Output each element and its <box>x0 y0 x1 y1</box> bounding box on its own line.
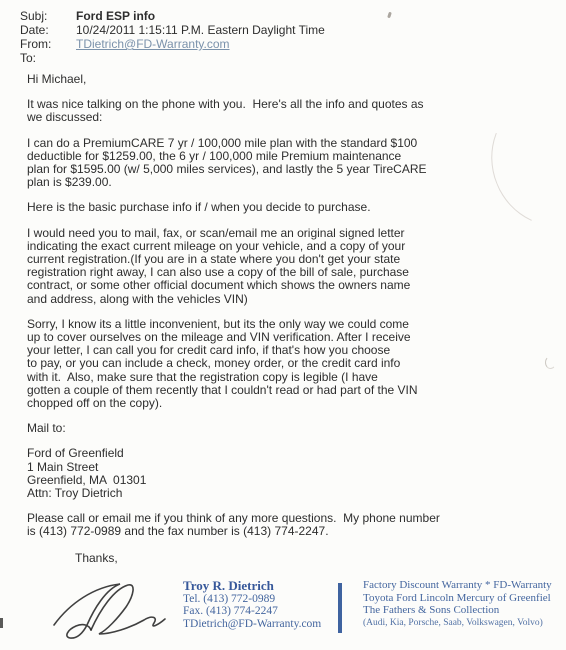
subject-label: Subj: <box>20 9 76 23</box>
body-paragraph-intro: It was nice talking on the phone with yo… <box>27 98 566 124</box>
signature-fax: Fax. (413) 774-2247 <box>183 605 321 618</box>
scan-artifact-edge-tick <box>0 618 3 628</box>
header-row-from: From:TDietrich@FD-Warranty.com <box>20 37 566 51</box>
email-header: Subj:Ford ESP info Date:10/24/2011 1:15:… <box>0 0 566 65</box>
header-row-subject: Subj:Ford ESP info <box>20 9 566 23</box>
email-body: Hi Michael, It was nice talking on the p… <box>27 73 566 565</box>
company-line: Factory Discount Warranty * FD-Warranty <box>363 579 566 592</box>
mail-to-label: Mail to: <box>27 422 566 435</box>
body-paragraph-verification: Sorry, I know its a little inconvenient,… <box>27 318 566 410</box>
scan-artifact-mark <box>545 356 556 369</box>
signature-email: TDietrich@FD-Warranty.com <box>183 618 321 631</box>
subject-value: Ford ESP info <box>76 9 155 23</box>
from-label: From: <box>20 37 76 51</box>
company-brands-line: (Audi, Kia, Porsche, Saab, Volkswagen, V… <box>363 617 566 629</box>
to-label: To: <box>20 51 76 65</box>
signature-divider <box>338 583 342 633</box>
signature-name: Troy R. Dietrich <box>183 579 321 593</box>
company-line: Toyota Ford Lincoln Mercury of Greenfiel <box>363 592 566 605</box>
date-label: Date: <box>20 23 76 37</box>
signature-company-column: Factory Discount Warranty * FD-Warranty … <box>363 579 566 629</box>
signature-contact-column: Troy R. Dietrich Tel. (413) 772-0989 Fax… <box>183 579 321 631</box>
header-row-to: To: <box>20 51 566 65</box>
body-paragraph-closing: Please call or email me if you think of … <box>27 512 566 538</box>
signature-block: Troy R. Dietrich Tel. (413) 772-0989 Fax… <box>0 571 566 650</box>
date-value: 10/24/2011 1:15:11 P.M. Eastern Daylight… <box>76 23 325 37</box>
signoff: Thanks, <box>75 552 566 565</box>
greeting: Hi Michael, <box>27 73 566 86</box>
signature-tel: Tel. (413) 772-0989 <box>183 593 321 606</box>
body-paragraph-requirements: I would need you to mail, fax, or scan/e… <box>27 227 566 306</box>
header-row-date: Date:10/24/2011 1:15:11 P.M. Eastern Day… <box>20 23 566 37</box>
body-paragraph-purchase-info: Here is the basic purchase info if / whe… <box>27 201 566 214</box>
scanned-email-document: Subj:Ford ESP info Date:10/24/2011 1:15:… <box>0 0 566 650</box>
mailing-address: Ford of Greenfield 1 Main Street Greenfi… <box>27 447 566 500</box>
from-email-link[interactable]: TDietrich@FD-Warranty.com <box>76 37 230 51</box>
body-paragraph-quotes: I can do a PremiumCARE 7 yr / 100,000 mi… <box>27 137 566 190</box>
handwritten-signature-icon <box>44 577 176 641</box>
company-line: The Fathers & Sons Collection <box>363 604 566 617</box>
